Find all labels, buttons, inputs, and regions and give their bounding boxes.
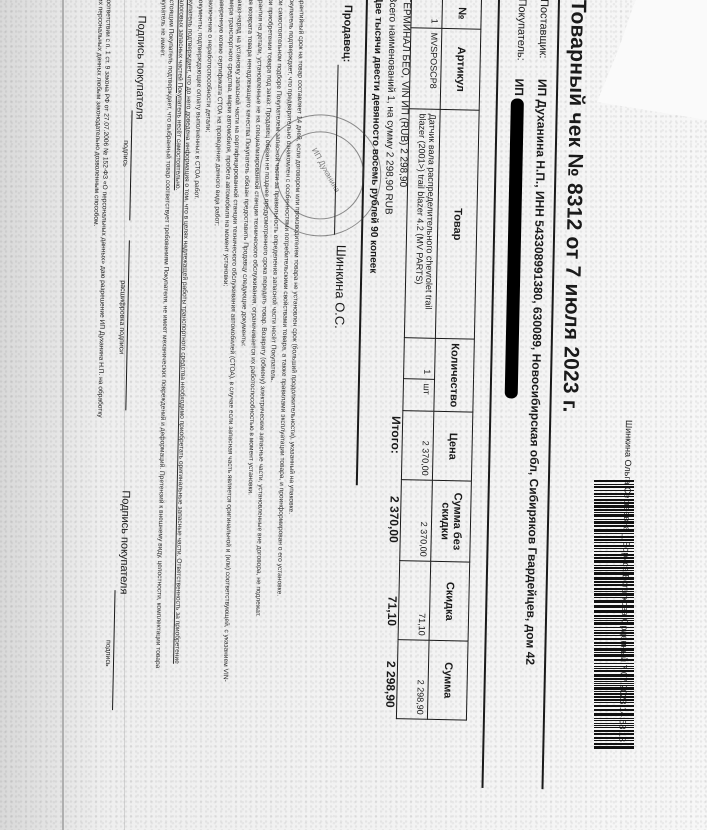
receipt-sheet: Товарный чек № 8312 от 7 июля 2023 г. По… (13, 0, 590, 800)
col-article: Артикул (440, 28, 481, 110)
col-sum-no-discount: Сумма без скидки (431, 480, 472, 562)
row-sum: 2 298,90 (396, 640, 429, 720)
barcode-icon (594, 480, 634, 750)
col-num: № (442, 0, 482, 29)
row-product: Датчик вала распределительного chevrolet… (404, 109, 440, 339)
signature-decode-line (125, 240, 130, 410)
consent-text: В соответствии с п. 1 ст. 9 закона РФ от… (87, 0, 112, 420)
items-count-line: Всего наименований 1, на сумму 2 298,90 … (382, 0, 398, 215)
row-unit: шт (403, 378, 435, 411)
col-qty: Количество (434, 338, 475, 412)
signature-decode-caption: расшифровка подписи (117, 280, 126, 354)
buyer-label: Покупатель: (515, 0, 528, 61)
row-discount: 71,10 (398, 561, 431, 641)
barcode (594, 480, 634, 750)
seller-label: Продавец: (341, 5, 354, 63)
buyer-value: ИП (512, 78, 526, 96)
col-sum: Сумма (427, 640, 468, 720)
col-product: Товар (435, 109, 479, 339)
buyer-signature-label-2: Подпись покупателя (117, 490, 131, 594)
buyer-signature-line (129, 110, 132, 220)
row-price: 2 370,00 (401, 411, 433, 481)
buyer-signature-line-2 (112, 590, 116, 710)
seller-name: Шинкина О.С. (332, 245, 349, 329)
supplier-label: Поставщик: (537, 0, 550, 59)
divider (481, 0, 500, 788)
divider (356, 0, 368, 485)
totals-label: Итого: (388, 416, 403, 454)
buyer-signature-label: Подпись покупателя (133, 15, 147, 119)
row-num: 1 (411, 0, 443, 28)
terms-block: Гарантийный срок на товар составляет 14 … (142, 0, 305, 694)
totals-sum-no-discount: 2 370,00 (387, 496, 402, 543)
redaction-mark (505, 98, 524, 398)
col-discount: Скидка (429, 561, 470, 641)
row-qty: 1 (404, 338, 436, 379)
totals-sum: 2 298,90 (383, 661, 398, 708)
totals-discount: 71,10 (385, 596, 400, 626)
row-sum-no-discount: 2 370,00 (400, 480, 433, 562)
signature-caption: подпись (121, 140, 129, 167)
row-article: MVSPOSCP8 (409, 28, 442, 110)
signature-caption-2: подпись (104, 640, 112, 667)
amount-in-words: Две тысячи двести девяносто восемь рубле… (367, 0, 384, 273)
col-price: Цена (432, 411, 472, 481)
